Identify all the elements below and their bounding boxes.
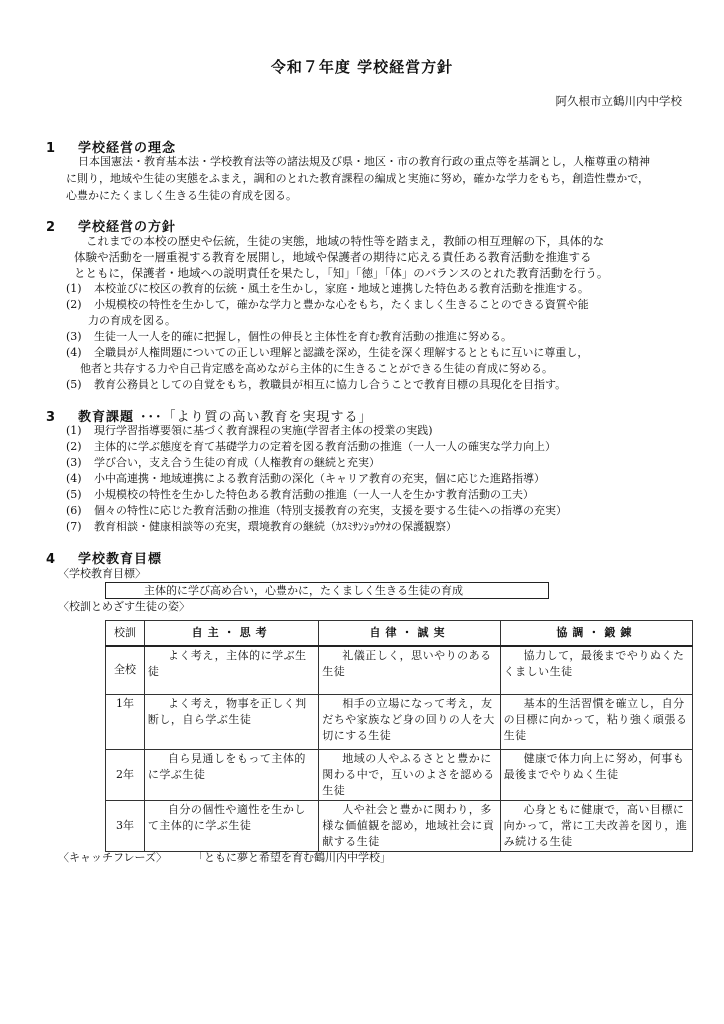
- policy-item-2-cont: 力の育成を図る。: [88, 313, 176, 329]
- catchphrase: 「ともに夢と希望を育む鶴川内中学校」: [193, 851, 391, 864]
- school-name: 阿久根市立鶴川内中学校: [556, 93, 683, 109]
- table-cell: 自分の個性や適性を生かして主体的に学ぶ生徒: [144, 800, 318, 851]
- policy-item-4: (4)全職員が人権問題についての正しい理解と認識を深め，生徒を深く理解するととも…: [66, 345, 588, 361]
- section-number: 4: [46, 552, 78, 567]
- issue-item-6: (6)個々の特性に応じた教育活動の推進（特別支援教育の充実，支援を要する生徒への…: [66, 503, 567, 519]
- issue-item-2: (2)主体的に学ぶ態度を育て基礎学力の定着を図る教育活動の推進（一人一人の確実な…: [66, 439, 556, 455]
- section-number: 2: [46, 220, 78, 235]
- catchphrase-label: 〈キャッチフレーズ〉: [58, 851, 167, 864]
- table-cell: 人や社会と豊かに関わり，多様な価値観を認め，地域社会に貢献する生徒: [319, 800, 500, 851]
- table-cell: 健康で体力向上に努め，何事も最後までやりぬく生徒: [500, 749, 692, 800]
- section-2-line-2: 体験や活動を一層重視する教育を展開し，地域や保護者の期待に応える責任ある教育活動…: [74, 249, 592, 265]
- table-cell: 地域の人やふるさとと豊かに関わる中で，互いのよさを認める生徒: [319, 749, 500, 800]
- goal-label: 〈学校教育目標〉: [58, 566, 146, 582]
- table-row: 1年 よく考え，物事を正しく判断し，自ら学ぶ生徒 相手の立場になって考え，友だち…: [106, 694, 693, 749]
- catchphrase-row: 〈キャッチフレーズ〉「ともに夢と希望を育む鶴川内中学校」: [58, 850, 391, 866]
- school-goal-box: 主体的に学び高め合い，心豊かに，たくましく生きる生徒の育成: [105, 582, 549, 599]
- policy-item-3: (3)生徒一人一人を的確に把握し，個性の伸長と主体性を育む教育活動の推進に努める…: [66, 329, 512, 345]
- motto-table: 校訓 自主・思考 自律・誠実 協調・鍛錬 全校 よく考え，主体的に学ぶ生徒 礼儀…: [105, 620, 693, 852]
- grade-cell: 3年: [106, 800, 145, 851]
- policy-item-5: (5)教育公務員としての自覚をもち，教職員が相互に協力し合うことで教育目標の具現…: [66, 377, 566, 393]
- section-1-line-1: 日本国憲法・教育基本法・学校教育法等の諸法規及び県・地区・市の教育行政の重点等を…: [78, 154, 650, 170]
- table-header-cell: 校訓: [106, 621, 145, 647]
- section-2-line-1: これまでの本校の歴史や伝統，生徒の実態，地域の特性等を踏まえ，教師の相互理解の下…: [86, 233, 604, 249]
- section-1-line-2: に則り，地域や生徒の実態をふまえ，調和のとれた教育課程の編成と実施に努め，確かな…: [66, 171, 649, 187]
- table-cell: よく考え，主体的に学ぶ生徒: [144, 646, 318, 694]
- grade-cell: 全校: [106, 646, 145, 694]
- table-cell: 基本的生活習慣を確立し，自分の目標に向かって，粘り強く頑張る生徒: [500, 694, 692, 749]
- issue-item-7: (7)教育相談・健康相談等の充実，環境教育の継続（ｶｽﾐｻﾝｼｮｳｳｵの保護観察…: [66, 519, 457, 535]
- policy-item-1: (1)本校並びに校区の教育的伝統・風土を生かし，家庭・地域と連携した特色ある教育…: [66, 281, 589, 297]
- table-cell: 礼儀正しく，思いやりのある生徒: [319, 646, 500, 694]
- table-row: 2年 自ら見通しをもって主体的に学ぶ生徒 地域の人やふるさとと豊かに関わる中で，…: [106, 749, 693, 800]
- grade-cell: 1年: [106, 694, 145, 749]
- issue-item-3: (3)学び合い，支え合う生徒の育成（人権教育の継続と充実）: [66, 455, 380, 471]
- motto-label: 〈校訓とめざす生徒の姿〉: [58, 599, 190, 615]
- school-goal-text: 主体的に学び高め合い，心豊かに，たくましく生きる生徒の育成: [144, 583, 463, 598]
- section-2-line-3: とともに，保護者・地域への説明責任を果たし，「知」「徳」「体」のバランスのとれた…: [74, 265, 608, 281]
- section-title: 学校教育目標: [78, 552, 162, 567]
- table-row: 全校 よく考え，主体的に学ぶ生徒 礼儀正しく，思いやりのある生徒 協力して，最後…: [106, 646, 693, 694]
- section-number: 1: [46, 141, 78, 156]
- grade-cell: 2年: [106, 749, 145, 800]
- table-cell: 相手の立場になって考え，友だちや家族など身の回りの人を大切にする生徒: [319, 694, 500, 749]
- document-title: 令和７年度 学校経営方針: [0, 56, 724, 77]
- policy-item-4-cont: 他者と共存する力や自己肯定感を高めながら主体的に生きることができる生徒の育成に努…: [80, 361, 553, 377]
- table-cell: 協力して，最後までやりぬくたくましい生徒: [500, 646, 692, 694]
- issue-item-5: (5)小規模校の特性を生かした特色ある教育活動の推進（一人一人を生かす教育活動の…: [66, 487, 534, 503]
- table-row: 3年 自分の個性や適性を生かして主体的に学ぶ生徒 人や社会と豊かに関わり，多様な…: [106, 800, 693, 851]
- table-cell: 自ら見通しをもって主体的に学ぶ生徒: [144, 749, 318, 800]
- table-cell: よく考え，物事を正しく判断し，自ら学ぶ生徒: [144, 694, 318, 749]
- policy-item-2: (2)小規模校の特性を生かして，確かな学力と豊かな心をもち，たくましく生きること…: [66, 297, 589, 313]
- section-4-heading: 4学校教育目標: [46, 548, 162, 567]
- section-1-line-3: 心豊かにたくましく生きる生徒の育成を図る。: [66, 188, 297, 204]
- table-header-cell: 協調・鍛錬: [500, 621, 692, 647]
- table-header-row: 校訓 自主・思考 自律・誠実 協調・鍛錬: [106, 621, 693, 647]
- table-cell: 心身ともに健康で，高い目標に向かって，常に工夫改善を図り，進み続ける生徒: [500, 800, 692, 851]
- table-header-cell: 自律・誠実: [319, 621, 500, 647]
- issue-item-4: (4)小中高連携・地域連携による教育活動の深化（キャリア教育の充実，個に応じた進…: [66, 471, 545, 487]
- table-header-cell: 自主・思考: [144, 621, 318, 647]
- issue-item-1: (1)現行学習指導要領に基づく教育課程の実施(学習者主体の授業の実践): [66, 423, 433, 439]
